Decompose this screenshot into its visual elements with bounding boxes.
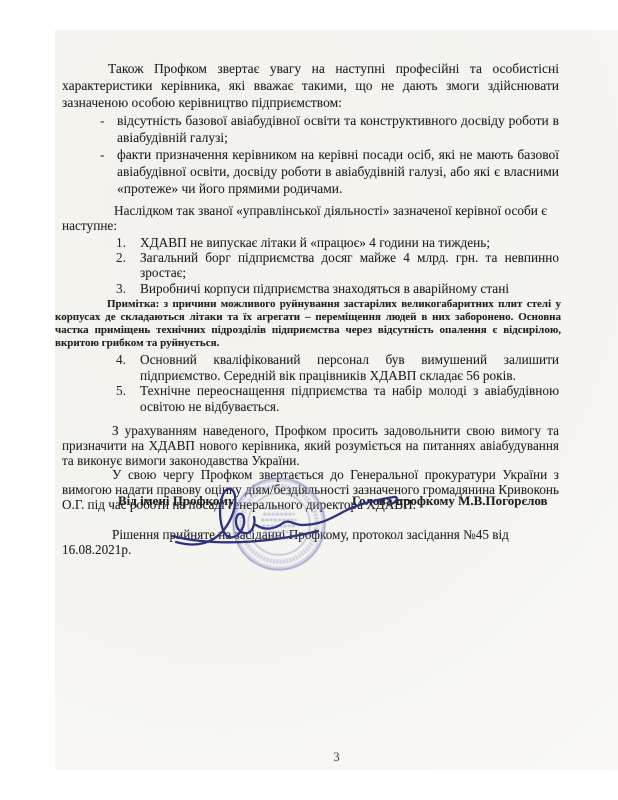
note-label: Примітка: (107, 298, 159, 310)
numbered-item-text: Технічне переоснащення підприємства та н… (140, 383, 559, 415)
dash-list: - відсутність базової авіабудівної освіт… (62, 112, 559, 198)
numbered-item: 4. Основний кваліфікований персонал був … (62, 352, 559, 384)
note-paragraph: Примітка: з причини можливого руйнування… (55, 298, 561, 350)
dash-item-text: відсутність базової авіабудівної освіти … (117, 112, 559, 146)
numbered-item-text: ХДАВП не випускає літаки й «працює» 4 го… (140, 235, 559, 250)
closing-paragraph-request: З урахуванням наведеного, Профком просит… (62, 424, 559, 468)
numbered-item-text: Загальний борг підприємства досяг майже … (140, 250, 559, 281)
numbered-item: 1. ХДАВП не випускає літаки й «працює» 4… (62, 235, 559, 250)
numbered-item: 2. Загальний борг підприємства досяг май… (62, 250, 559, 281)
dash-marker: - (100, 146, 117, 198)
scanned-page: Також Профком звертає увагу на наступні … (55, 30, 618, 770)
numbered-item: 3. Виробничі корпуси підприємства знаход… (62, 281, 559, 296)
consequences-intro: Наслідком так званої «управлінської діял… (62, 203, 559, 233)
dash-marker: - (100, 112, 117, 146)
decision-line: Рішення прийняте на засіданні Профкому, … (62, 527, 559, 557)
dash-item: - факти призначення керівником на керівн… (62, 146, 559, 198)
intro-paragraph: Також Профком звертає увагу на наступні … (62, 60, 559, 112)
numbered-item-text: Основний кваліфікований персонал був вим… (140, 352, 559, 384)
item-number: 5. (116, 383, 140, 415)
page-number: 3 (55, 750, 618, 765)
dash-item-text: факти призначення керівником на керівні … (117, 146, 559, 198)
closing-paragraph-prosecutor: У свою чергу Профком звертається до Гене… (62, 468, 559, 512)
numbered-item: 5. Технічне переоснащення підприємства т… (62, 383, 559, 415)
item-number: 3. (116, 281, 140, 296)
numbered-list-lower: 4. Основний кваліфікований персонал був … (62, 352, 559, 415)
numbered-list-upper: 1. ХДАВП не випускає літаки й «працює» 4… (62, 235, 559, 296)
item-number: 4. (116, 352, 140, 384)
item-number: 2. (116, 250, 140, 281)
numbered-item-text: Виробничі корпуси підприємства знаходять… (140, 281, 559, 296)
item-number: 1. (116, 235, 140, 250)
letter-body: Також Профком звертає увагу на наступні … (62, 60, 559, 557)
dash-item: - відсутність базової авіабудівної освіт… (62, 112, 559, 146)
